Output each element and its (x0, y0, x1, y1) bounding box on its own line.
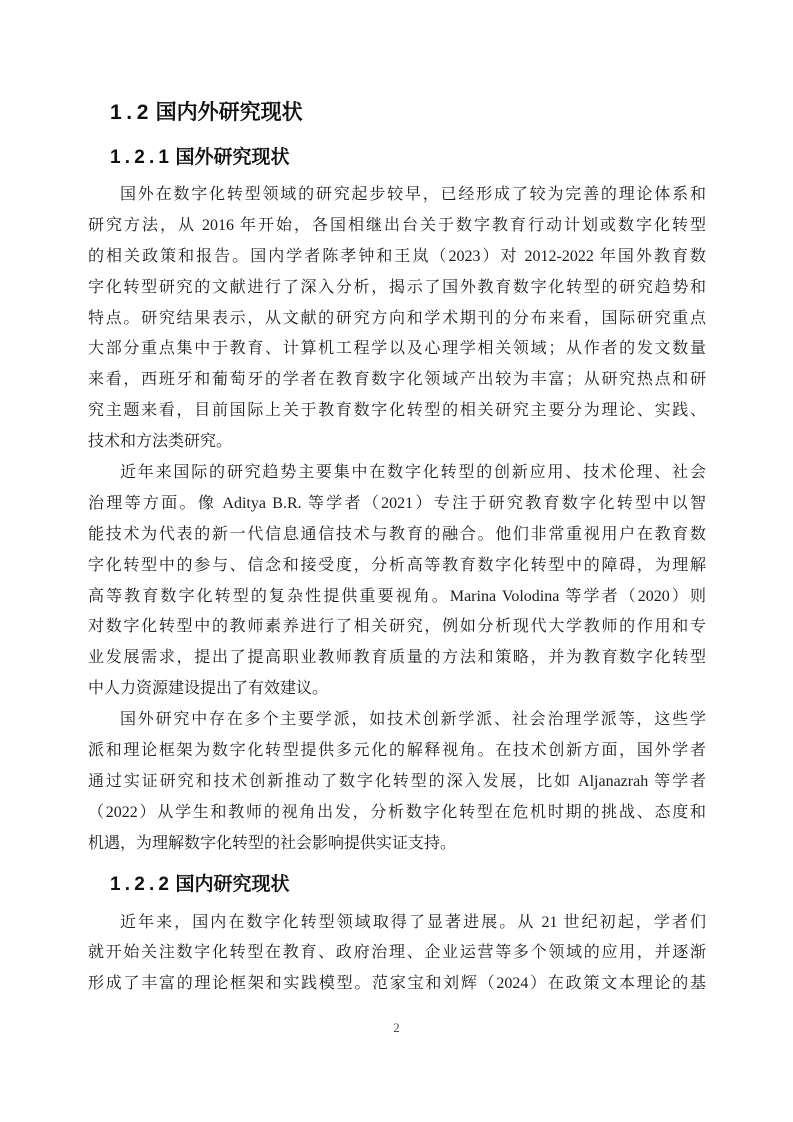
section-heading: 1.2国内外研究现状 (110, 99, 706, 127)
paragraph: 近年来，国内在数字化转型领域取得了显著进展。从 21 世纪初起，学者们 就开始关… (88, 908, 706, 1001)
text-line: 中人力资源建设提出了有效建议。 (88, 674, 706, 705)
subsection-heading-1: 1.2.1国外研究现状 (110, 145, 706, 171)
text-line: 对数字化转型中的教师素养进行了相关研究，例如分析现代大学教师的作用和专 (88, 612, 706, 643)
text-line: 治理等方面。像 Aditya B.R. 等学者（2021）专注于研究教育数字化转… (88, 489, 706, 520)
text-line: 能技术为代表的新一代信息通信技术与教育的融合。他们非常重视用户在教育数 (88, 520, 706, 551)
text-line: 就开始关注数字化转型在教育、政府治理、企业运营等多个领域的应用，并逐渐 (88, 938, 706, 969)
text-line: 特点。研究结果表示，从文献的研究方向和学术期刊的分布来看，国际研究重点 (88, 304, 706, 335)
text-line: 国外研究中存在多个主要学派，如技术创新学派、社会治理学派等，这些学 (88, 705, 706, 736)
text-line: 通过实证研究和技术创新推动了数字化转型的深入发展，比如 Aljanazrah 等… (88, 767, 706, 798)
text-line: 研究方法，从 2016 年开始，各国相继出台关于数字教育行动计划或数字化转型 (88, 211, 706, 242)
text-line: 形成了丰富的理论框架和实践模型。范家宝和刘辉（2024）在政策文本理论的基 (88, 969, 706, 1000)
text-line: （2022）从学生和教师的视角出发，分析数字化转型在危机时期的挑战、态度和 (88, 798, 706, 829)
page-number: 2 (0, 1019, 793, 1037)
text-line: 技术和方法类研究。 (88, 427, 706, 458)
subsection-number: 1.2.2 (110, 874, 173, 895)
text-line: 高等教育数字化转型的复杂性提供重要视角。Marina Volodina 等学者（… (88, 582, 706, 613)
subsection-title: 国内研究现状 (175, 874, 289, 895)
text-line: 派和理论框架为数字化转型提供多元化的解释视角。在技术创新方面，国外学者 (88, 736, 706, 767)
paragraph: 国外在数字化转型领域的研究起步较早，已经形成了较为完善的理论体系和 研究方法，从… (88, 180, 706, 458)
section-number: 1.2 (110, 101, 153, 124)
document-page: 1.2国内外研究现状 1.2.1国外研究现状 国外在数字化转型领域的研究起步较早… (0, 0, 793, 1122)
text-line: 近年来国际的研究趋势主要集中在数字化转型的创新应用、技术伦理、社会 (88, 458, 706, 489)
text-line: 究主题来看，目前国际上关于教育数字化转型的相关研究主要分为理论、实践、 (88, 396, 706, 427)
subsection-number: 1.2.1 (110, 147, 173, 168)
text-line: 的相关政策和报告。国内学者陈孝钟和王岚（2023）对 2012-2022 年国外… (88, 242, 706, 273)
text-line: 国外在数字化转型领域的研究起步较早，已经形成了较为完善的理论体系和 (88, 180, 706, 211)
section-title: 国内外研究现状 (156, 101, 303, 124)
text-line: 业发展需求，提出了提高职业教师教育质量的方法和策略，并为教育数字化转型 (88, 643, 706, 674)
paragraph: 国外研究中存在多个主要学派，如技术创新学派、社会治理学派等，这些学 派和理论框架… (88, 705, 706, 859)
text-line: 机遇，为理解数字化转型的社会影响提供实证支持。 (88, 829, 706, 860)
text-line: 字化转型研究的文献进行了深入分析，揭示了国外教育数字化转型的研究趋势和 (88, 273, 706, 304)
paragraph: 近年来国际的研究趋势主要集中在数字化转型的创新应用、技术伦理、社会 治理等方面。… (88, 458, 706, 705)
subsection-heading-2: 1.2.2国内研究现状 (110, 871, 706, 899)
text-line: 来看，西班牙和葡萄牙的学者在教育数字化领域产出较为丰富；从研究热点和研 (88, 365, 706, 396)
page-content: 1.2国内外研究现状 1.2.1国外研究现状 国外在数字化转型领域的研究起步较早… (88, 0, 706, 1000)
text-line: 大部分重点集中于教育、计算机工程学以及心理学相关领域；从作者的发文数量 (88, 334, 706, 365)
subsection-title: 国外研究现状 (175, 147, 289, 168)
text-line: 字化转型中的参与、信念和接受度，分析高等教育数字化转型中的障碍，为理解 (88, 551, 706, 582)
text-line: 近年来，国内在数字化转型领域取得了显著进展。从 21 世纪初起，学者们 (88, 908, 706, 939)
